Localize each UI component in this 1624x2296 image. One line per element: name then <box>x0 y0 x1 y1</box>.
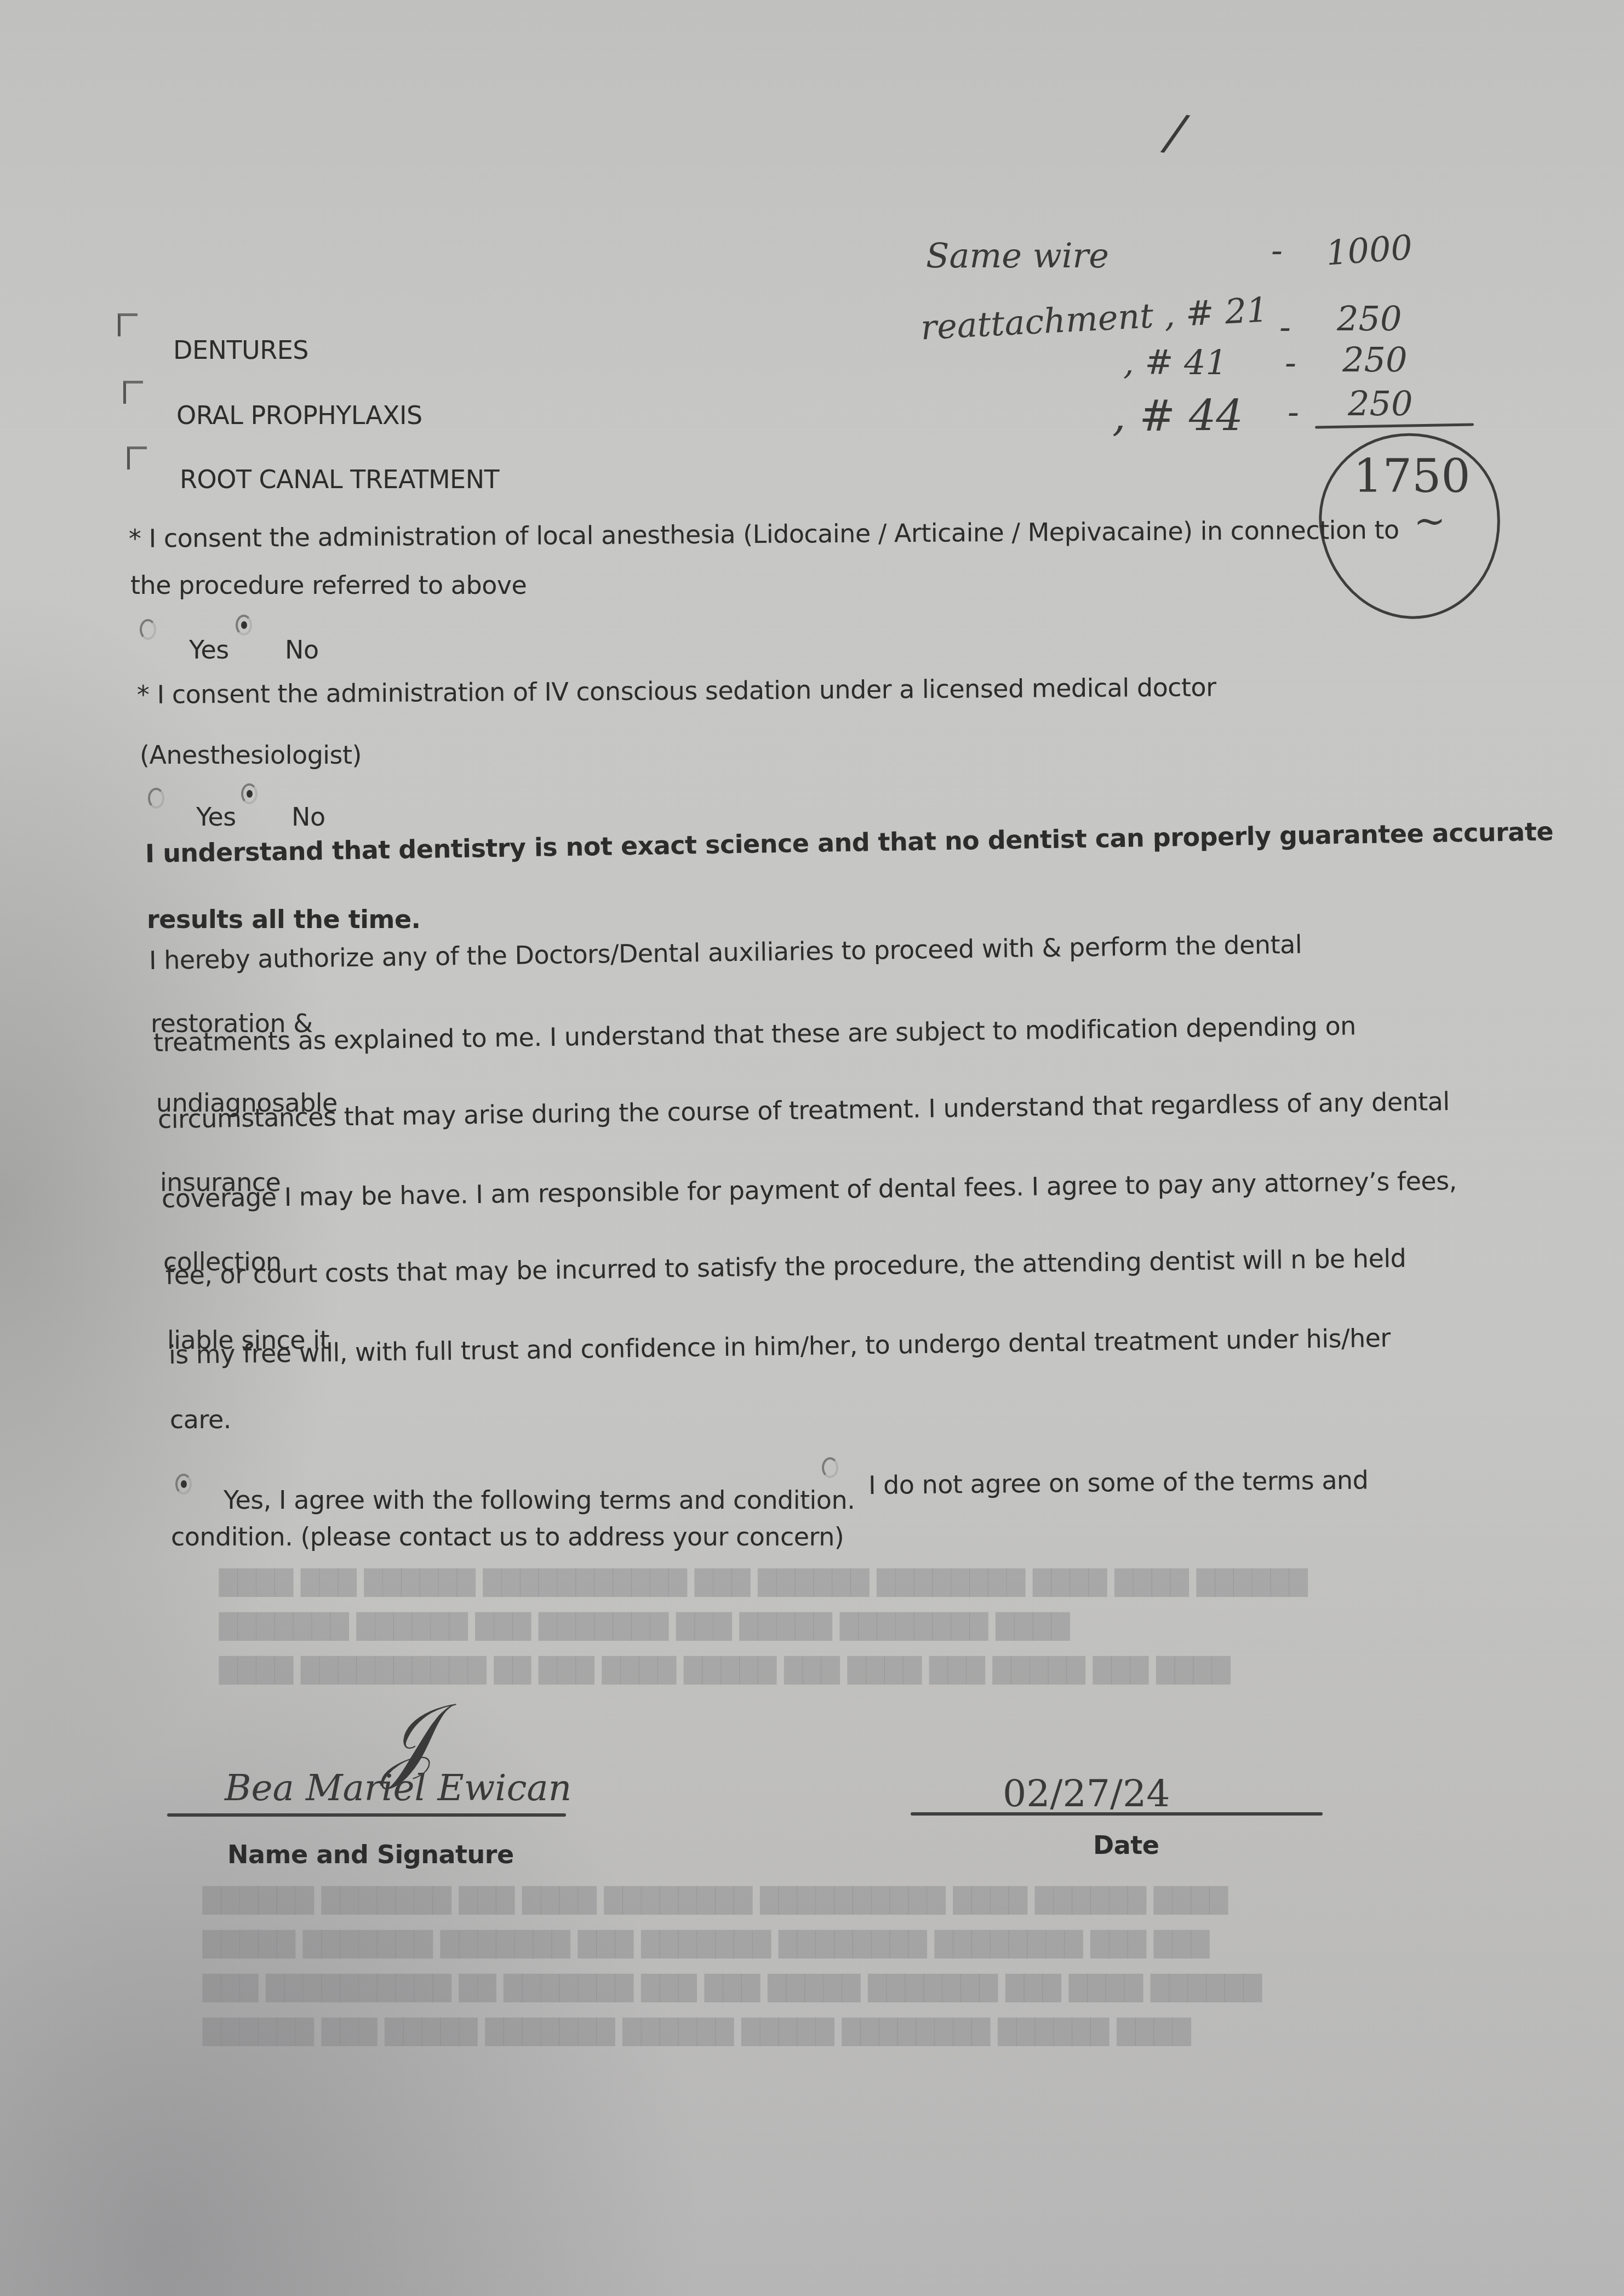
agree-label: Yes, I agree with the following terms an… <box>224 1487 855 1513</box>
note-line-4-amount: 250 <box>1348 383 1413 423</box>
signature-handwritten-name: Bea Mariel Ewican <box>225 1767 571 1809</box>
note-line-4-item: , # 44 <box>1112 392 1243 441</box>
radio-anesthesia-yes[interactable] <box>140 619 156 640</box>
checkbox-root-canal[interactable] <box>127 446 147 469</box>
signature-label: Name and Signature <box>227 1842 514 1867</box>
note-line-1-dash: - <box>1271 230 1283 270</box>
total-mark: ~ <box>1414 499 1446 543</box>
radio-sedation-yes[interactable] <box>148 788 164 809</box>
authorization-line-3: treatments as explained to me. I underst… <box>153 1013 1356 1055</box>
note-line-1-item: Same wire <box>926 236 1109 276</box>
radio-selected-dot <box>181 1480 187 1488</box>
disclaimer-text-1: I understand that dentistry is not exact… <box>145 819 1554 866</box>
authorization-line-5: circumstances that may arise during the … <box>158 1089 1450 1132</box>
radio-anesthesia-no-label: No <box>285 637 319 662</box>
radio-selected-dot <box>247 790 253 798</box>
disagree-label-1: I do not agree on some of the terms and <box>868 1467 1369 1498</box>
authorization-line-7: coverage I may be have. I am responsible… <box>162 1168 1457 1211</box>
consent-sedation-text-2: (Anesthesiologist) <box>140 742 362 768</box>
authorization-line-11: is my free will, with full trust and con… <box>169 1325 1391 1367</box>
signature-line <box>167 1813 566 1817</box>
radio-sedation-no[interactable] <box>241 783 258 804</box>
consent-anesthesia-text-2: the procedure referred to above <box>130 572 527 598</box>
note-line-2-amount: 250 <box>1337 299 1402 339</box>
consent-anesthesia-text-1: * I consent the administration of local … <box>129 517 1399 551</box>
consent-sedation-text-1: * I consent the administration of IV con… <box>137 674 1216 707</box>
radio-selected-dot <box>241 621 247 629</box>
bleed-through-text-lower: ██████ ███████ ███ ████ ████████ ███████… <box>203 1879 1463 2054</box>
radio-disagree[interactable] <box>822 1457 838 1478</box>
note-line-4-dash: - <box>1288 392 1299 432</box>
radio-anesthesia-no[interactable] <box>236 615 252 635</box>
note-line-2-item: reattachment , # 21 <box>920 289 1270 347</box>
checkbox-dentures[interactable] <box>118 313 138 336</box>
disclaimer-text-2: results all the time. <box>147 907 421 932</box>
date-label: Date <box>1093 1833 1159 1858</box>
handwritten-top-mark: / <box>1163 103 1188 162</box>
checkbox-oral-prophylaxis[interactable] <box>123 381 143 404</box>
note-line-3-amount: 250 <box>1342 340 1407 380</box>
procedure-label-dentures: DENTURES <box>173 337 308 363</box>
note-line-1-amount: 1000 <box>1325 227 1414 273</box>
disagree-label-2: condition. (please contact us to address… <box>171 1524 844 1549</box>
sum-underline <box>1315 423 1474 428</box>
authorization-line-9: fee, or court costs that may be incurred… <box>165 1245 1406 1288</box>
bleed-through-text: ████ ███ ██████ ███████████ ███ ██████ █… <box>219 1561 1425 1693</box>
procedure-label-root-canal: ROOT CANAL TREATMENT <box>180 467 499 492</box>
date-line <box>911 1812 1323 1816</box>
note-line-3-item: , # 41 <box>1123 342 1227 382</box>
note-line-2-dash: - <box>1279 307 1291 347</box>
date-handwritten-value: 02/27/24 <box>1003 1772 1170 1816</box>
procedure-label-oral-prophylaxis: ORAL PROPHYLAXIS <box>176 403 422 428</box>
radio-sedation-yes-label: Yes <box>196 804 236 829</box>
radio-agree[interactable] <box>175 1474 192 1495</box>
note-line-3-dash: - <box>1285 342 1296 382</box>
radio-anesthesia-yes-label: Yes <box>189 637 229 662</box>
radio-sedation-no-label: No <box>291 804 325 829</box>
authorization-line-12: care. <box>170 1407 231 1432</box>
authorization-line-1: I hereby authorize any of the Doctors/De… <box>149 932 1302 973</box>
consent-form-page: / Same wire - 1000 reattachment , # 21 -… <box>0 0 1624 2296</box>
total-amount: 1750 <box>1353 449 1471 503</box>
